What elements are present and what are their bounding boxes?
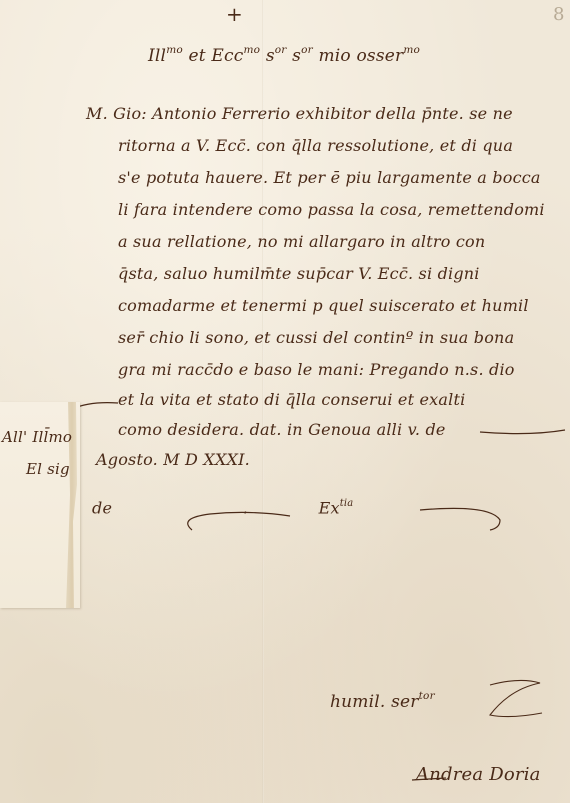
manuscript-page: 8 + Illmo et Eccmo sor sor mio ossermo M… xyxy=(0,0,570,803)
body-line-8: ser̄ chio li sono, et cussi del continº … xyxy=(118,328,514,347)
body-line-9: gra mi racc̄do e baso le mani: Pregando … xyxy=(118,360,515,379)
body-line-2: ritorna a V. Ecc̄. con q̄lla ressolution… xyxy=(118,136,513,155)
address-flourish xyxy=(170,500,570,540)
body-line-4: li fara intendere como passa la cosa, re… xyxy=(118,200,545,219)
closing-flourish xyxy=(430,675,570,725)
margin-note-line-2: El sig xyxy=(26,460,70,478)
body-line-12-date: Agosto. M D XXXI. xyxy=(96,450,250,469)
margin-note-line-1: All' Ill̄mo xyxy=(2,428,72,446)
body-line-6: q̄sta, saluo humilm̄te sup̄car V. Ecc̄. … xyxy=(118,264,480,283)
cross-mark: + xyxy=(226,2,243,26)
body-line-1: M. Gio: Antonio Ferrerio exhibitor della… xyxy=(86,104,513,123)
body-line-7: comadarme et tenermi p quel suiscerato e… xyxy=(118,296,529,315)
flourish-line-10 xyxy=(70,395,490,415)
flourish-line-11 xyxy=(360,420,570,440)
salutation: Illmo et Eccmo sor sor mio ossermo xyxy=(148,44,420,66)
body-line-3: s'e potuta hauere. Et per ē piu largame… xyxy=(118,168,541,187)
body-line-5: a sua rellatione, no mi allargaro in alt… xyxy=(118,232,485,251)
folio-number: 8 xyxy=(553,4,565,25)
signature-stroke xyxy=(410,768,450,788)
closing-formula: humil. sertor xyxy=(330,690,435,712)
